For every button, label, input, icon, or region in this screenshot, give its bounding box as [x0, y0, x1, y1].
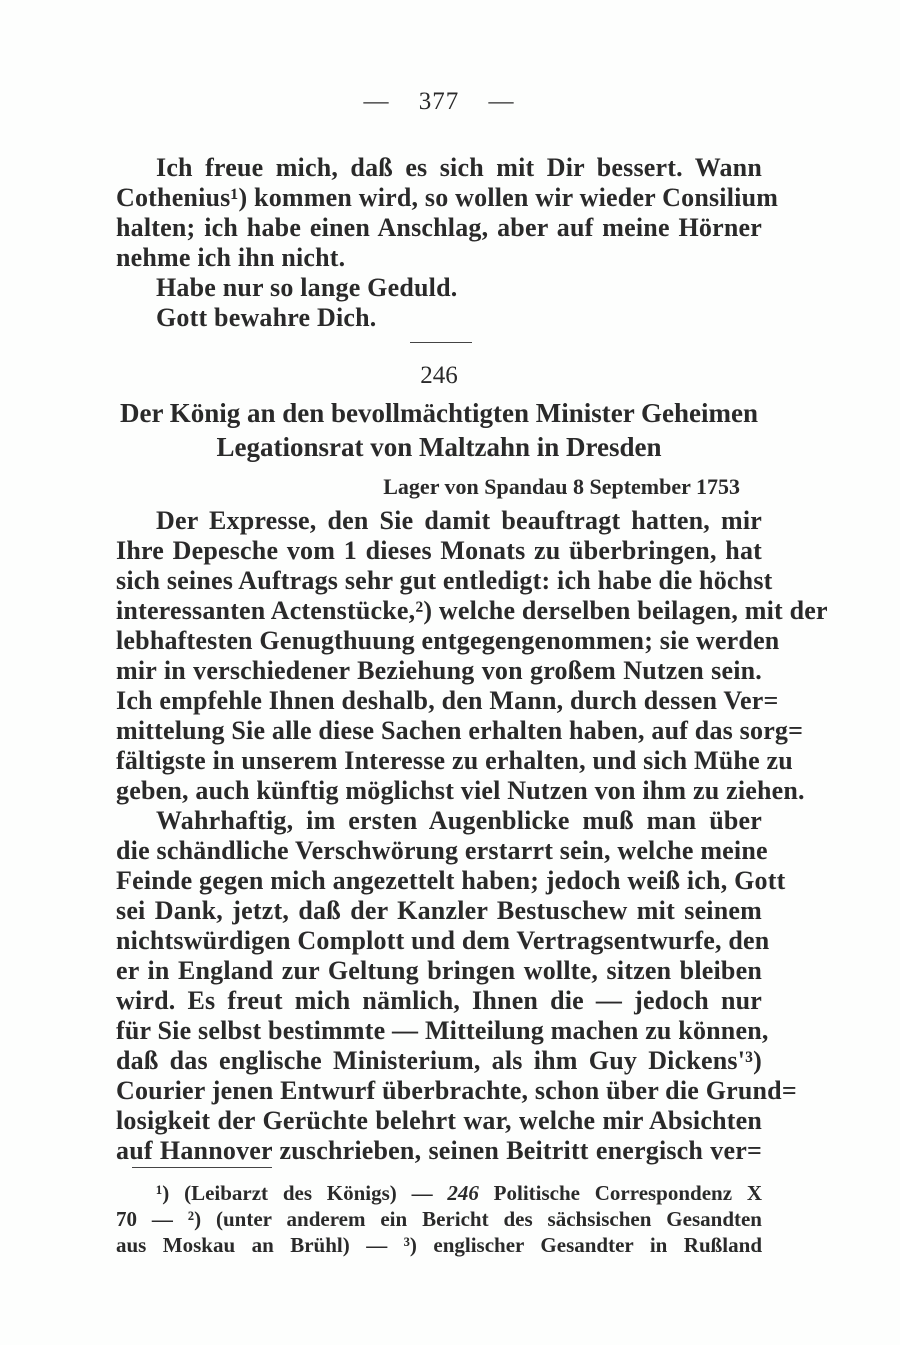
document-title-line-2: Legationsrat von Maltzahn in Dresden — [116, 430, 762, 464]
prev-letter-line: nehme ich ihn nicht. — [116, 243, 762, 273]
header-dash-right: — — [489, 88, 515, 116]
footnote-1: ¹) (Leibarzt des Königs) — — [156, 1181, 447, 1205]
body-line: Ich empfehle Ihnen deshalb, den Mann, du… — [116, 686, 762, 716]
body-line: für Sie selbst bestimmte — Mitteilung ma… — [116, 1016, 762, 1046]
body-line: die schändliche Verschwörung erstarrt se… — [116, 836, 762, 866]
footnote-line: ¹) (Leibarzt des Königs) — 246 Politisch… — [156, 1180, 762, 1206]
body-line: Feinde gegen mich angezettelt haben; jed… — [116, 866, 762, 896]
body-line: er in England zur Geltung bringen wollte… — [116, 956, 762, 986]
document-number: 246 — [116, 362, 762, 390]
body-line: lebhaftesten Genugthuung entgegengenomme… — [116, 626, 762, 656]
prev-letter-line: Gott bewahre Dich. — [156, 303, 762, 333]
prev-letter-line: Habe nur so lange Geduld. — [156, 273, 762, 303]
footnote-doc-ref: 246 — [447, 1181, 479, 1205]
body-line: mittelung Sie alle diese Sachen erhalten… — [116, 716, 762, 746]
footnote-divider — [132, 1167, 272, 1168]
prev-letter-line: Cothenius¹) kommen wird, so wollen wir w… — [116, 183, 762, 213]
body-line: interessanten Actenstücke,²) welche ders… — [116, 596, 762, 626]
page-header: — 377 — — [116, 88, 762, 116]
body-line: Wahrhaftig, im ersten Augenblicke muß ma… — [156, 806, 762, 836]
prev-letter-line: Ich freue mich, daß es sich mit Dir bess… — [156, 153, 762, 183]
prev-letter-line: halten; ich habe einen Anschlag, aber au… — [116, 213, 762, 243]
body-line: Courier jenen Entwurf überbrachte, schon… — [116, 1076, 762, 1106]
dateline: Lager von Spandau 8 September 1753 — [383, 474, 740, 500]
header-dash-left: — — [364, 88, 390, 116]
body-line: mir in verschiedener Beziehung von große… — [116, 656, 762, 686]
footnote-line: 70 — ²) (unter anderem ein Bericht des s… — [116, 1206, 762, 1232]
body-line: wird. Es freut mich nämlich, Ihnen die —… — [116, 986, 762, 1016]
document-title-line-1: Der König an den bevollmächtigten Minist… — [116, 396, 762, 430]
footnote-line: aus Moskau an Brühl) — ³) englischer Ges… — [116, 1232, 762, 1258]
section-divider — [410, 342, 472, 343]
body-line: geben, auch künftig möglichst viel Nutze… — [116, 776, 762, 806]
body-line: sei Dank, jetzt, daß der Kanzler Bestusc… — [116, 896, 762, 926]
body-line: Der Expresse, den Sie damit beauftragt h… — [156, 506, 762, 536]
body-line: sich seines Auftrags sehr gut entledigt:… — [116, 566, 762, 596]
body-line: Ihre Depesche vom 1 dieses Monats zu übe… — [116, 536, 762, 566]
body-line: losigkeit der Gerüchte belehrt war, welc… — [116, 1106, 762, 1136]
page-number: 377 — [419, 88, 460, 115]
body-line: fältigste in unserem Interesse zu erhalt… — [116, 746, 762, 776]
body-line: auf Hannover zuschrieben, seinen Beitrit… — [116, 1136, 762, 1166]
body-line: nichtswürdigen Complott und dem Vertrags… — [116, 926, 762, 956]
body-line: daß das englische Ministerium, als ihm G… — [116, 1046, 762, 1076]
footnote-source: Politische Correspondenz X — [479, 1181, 762, 1205]
